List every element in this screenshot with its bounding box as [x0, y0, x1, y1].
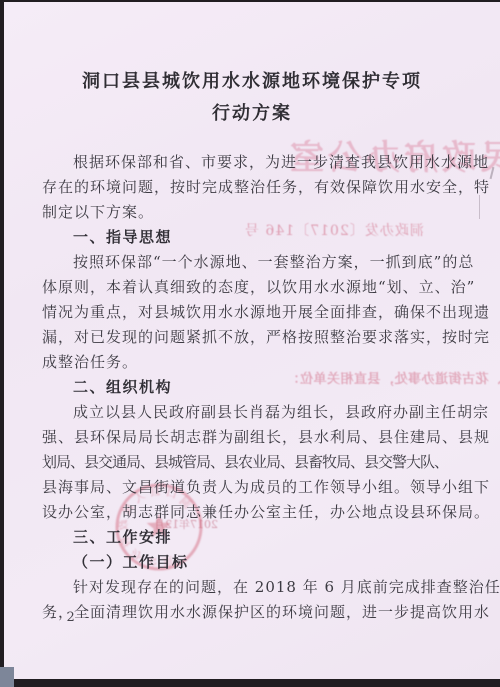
scanned-document: 洞口县人民政府办公室 洞政办发〔2017〕146 号 文昌、花古街道办事处，县直…: [0, 0, 500, 687]
body-line: 存在的环境问题，按时完成整治任务，有效保障饮用水安全，特: [42, 175, 470, 200]
body-line: 针对发现存在的问题，在 2018 年 6 月底前完成排查整治任: [42, 575, 470, 600]
body-line: 体原则，本着认真细致的态度，以饮用水水源地“划、立、治”: [42, 275, 470, 300]
document-body: 根据环保部和省、市要求，为进一步清查我县饮用水水源地 存在的环境问题，按时完成整…: [42, 150, 470, 625]
scanner-corner-tab: [0, 667, 14, 687]
section-heading: 三、工作安排: [42, 525, 470, 550]
section-heading: 一、指导思想: [42, 225, 470, 250]
body-line: 根据环保部和省、市要求，为进一步清查我县饮用水水源地: [42, 150, 470, 175]
title-line-2: 行动方案: [4, 98, 500, 130]
page-number: - 2 -: [52, 610, 92, 625]
body-line: 漏，对已发现的问题紧抓不放，严格按照整治要求落实，按时完: [42, 325, 470, 350]
stray-scratch-mark: [479, 195, 480, 219]
section-heading: 二、组织机构: [42, 375, 470, 400]
body-line: 务，全面清理饮用水水源保护区的环境问题，进一步提高饮用水: [42, 600, 470, 625]
body-line: 制定以下方案。: [42, 200, 470, 225]
body-line: 按照环保部“一个水源地、一套整治方案，一抓到底”的总: [42, 250, 470, 275]
body-line: 成立以县人民政府副县长肖磊为组长，县政府办副主任胡宗: [42, 400, 470, 425]
subsection-heading: （一）工作目标: [42, 550, 470, 575]
title-line-1: 洞口县县城饮用水水源地环境保护专项: [4, 66, 500, 98]
body-line: 强、县环保局局长胡志群为副组长，县水利局、县住建局、县规: [42, 425, 470, 450]
stray-pen-mark: [490, 167, 495, 179]
body-line: 划局、县交通局、县城管局、县农业局、县畜牧局、县交警大队、: [42, 450, 470, 475]
body-line: 成整治任务。: [42, 350, 470, 375]
document-page: 洞口县人民政府办公室 洞政办发〔2017〕146 号 文昌、花古街道办事处，县直…: [4, 2, 500, 679]
body-line: 设办公室，胡志群同志兼任办公室主任，办公地点设县环保局。: [42, 500, 470, 525]
document-title: 洞口县县城饮用水水源地环境保护专项 行动方案: [4, 66, 500, 130]
body-line: 县海事局、文昌街道负责人为成员的工作领导小组。领导小组下: [42, 475, 470, 500]
body-line: 情况为重点，对县城饮用水水源地开展全面排查，确保不出现遗: [42, 300, 470, 325]
